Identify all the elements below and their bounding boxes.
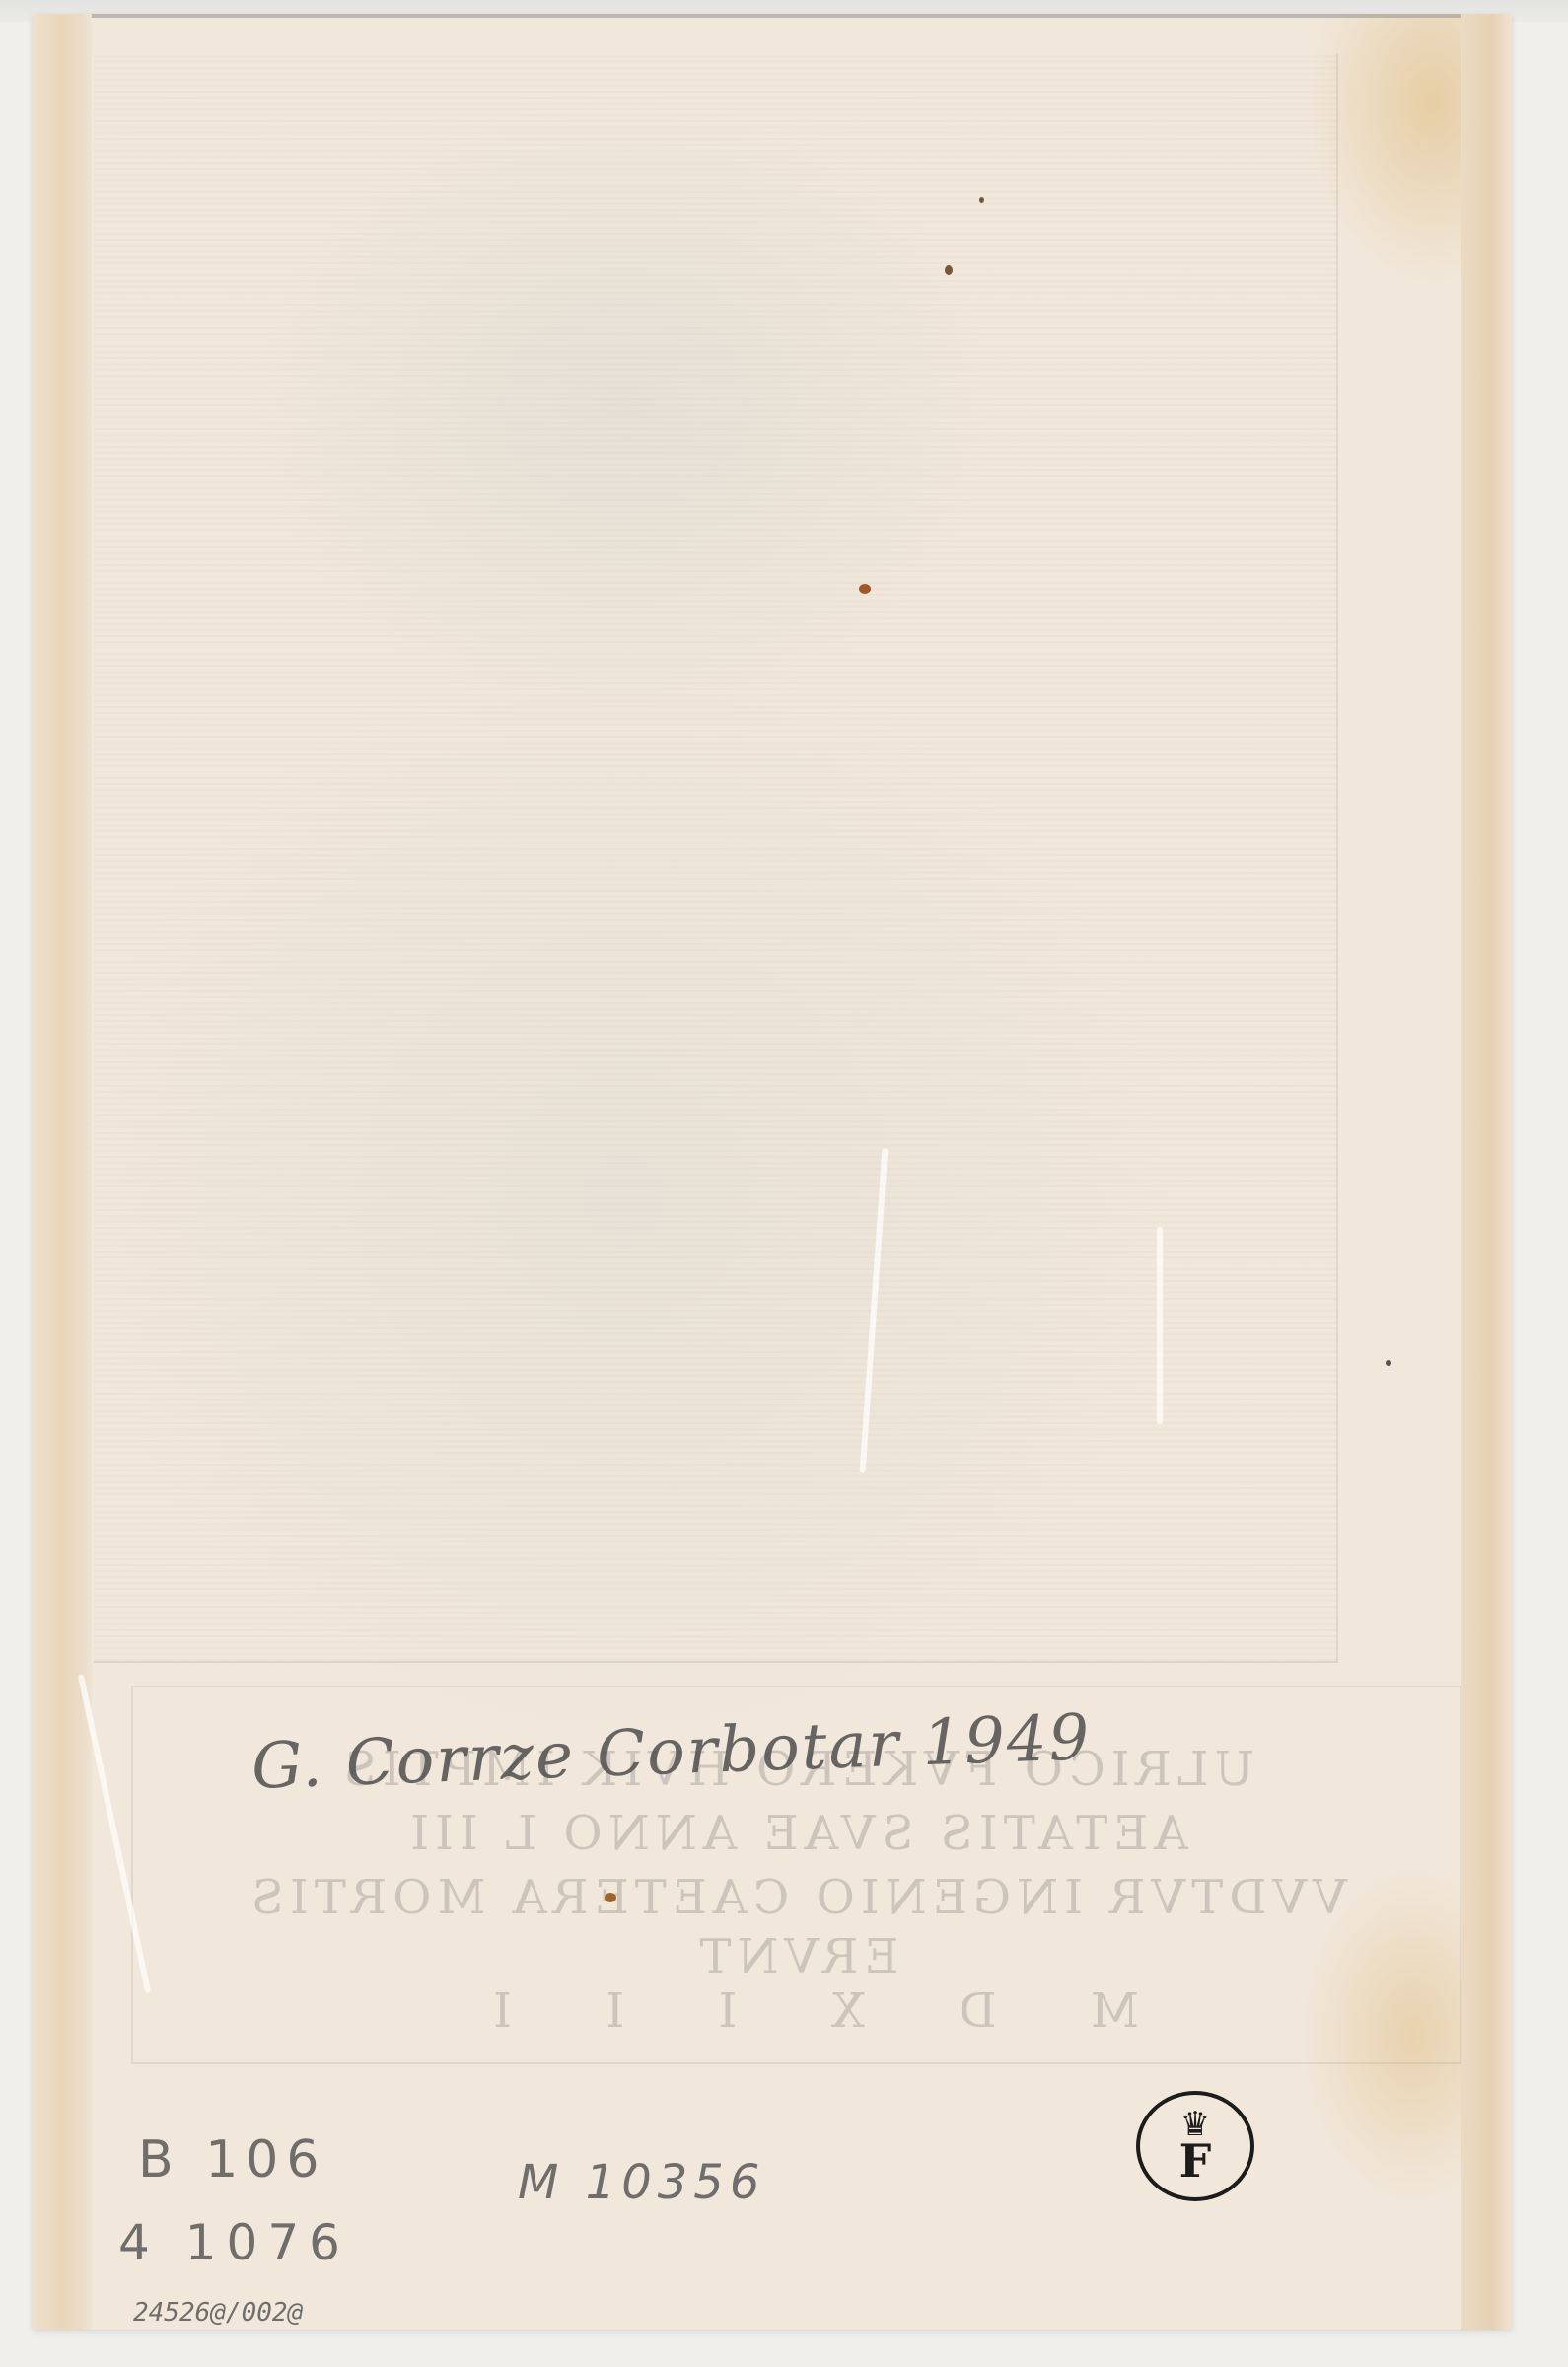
paper-scratch — [1157, 1227, 1163, 1424]
paper-top-edge — [72, 14, 1472, 18]
right-margin-stain — [1461, 14, 1512, 2330]
foxing-spot — [605, 1893, 616, 1902]
mirrored-line-4: ERVNT — [133, 1929, 1460, 1984]
pencil-inventory-number: 24526@/002@ — [133, 2298, 303, 2328]
collector-stamp: ♛ F — [1136, 2091, 1254, 2201]
plate-show-through — [94, 53, 1338, 1663]
mirrored-line-3: VVDTVR INGENIO CAETERA MORTIS — [133, 1870, 1460, 1925]
pencil-museum-number: M 10356 — [518, 2155, 765, 2210]
left-margin-stain — [33, 14, 92, 2330]
foxing-spot — [859, 584, 871, 594]
pencil-mark-1076: 4 1076 — [118, 2214, 350, 2271]
pencil-mark-b106: B 106 — [138, 2130, 326, 2189]
stamp-letter: F — [1179, 2139, 1212, 2183]
foxing-spot — [979, 197, 984, 203]
foxing-spot — [945, 265, 953, 275]
foxing-spot — [1386, 1360, 1391, 1366]
mirrored-line-5: M D X I I I — [133, 1983, 1460, 2039]
print-verso: ULRICO FVKERO HVIK IMPTIS AETATIS SVAE A… — [33, 14, 1512, 2330]
mirrored-line-2: AETATIS SVAE ANNO L III — [133, 1806, 1460, 1861]
